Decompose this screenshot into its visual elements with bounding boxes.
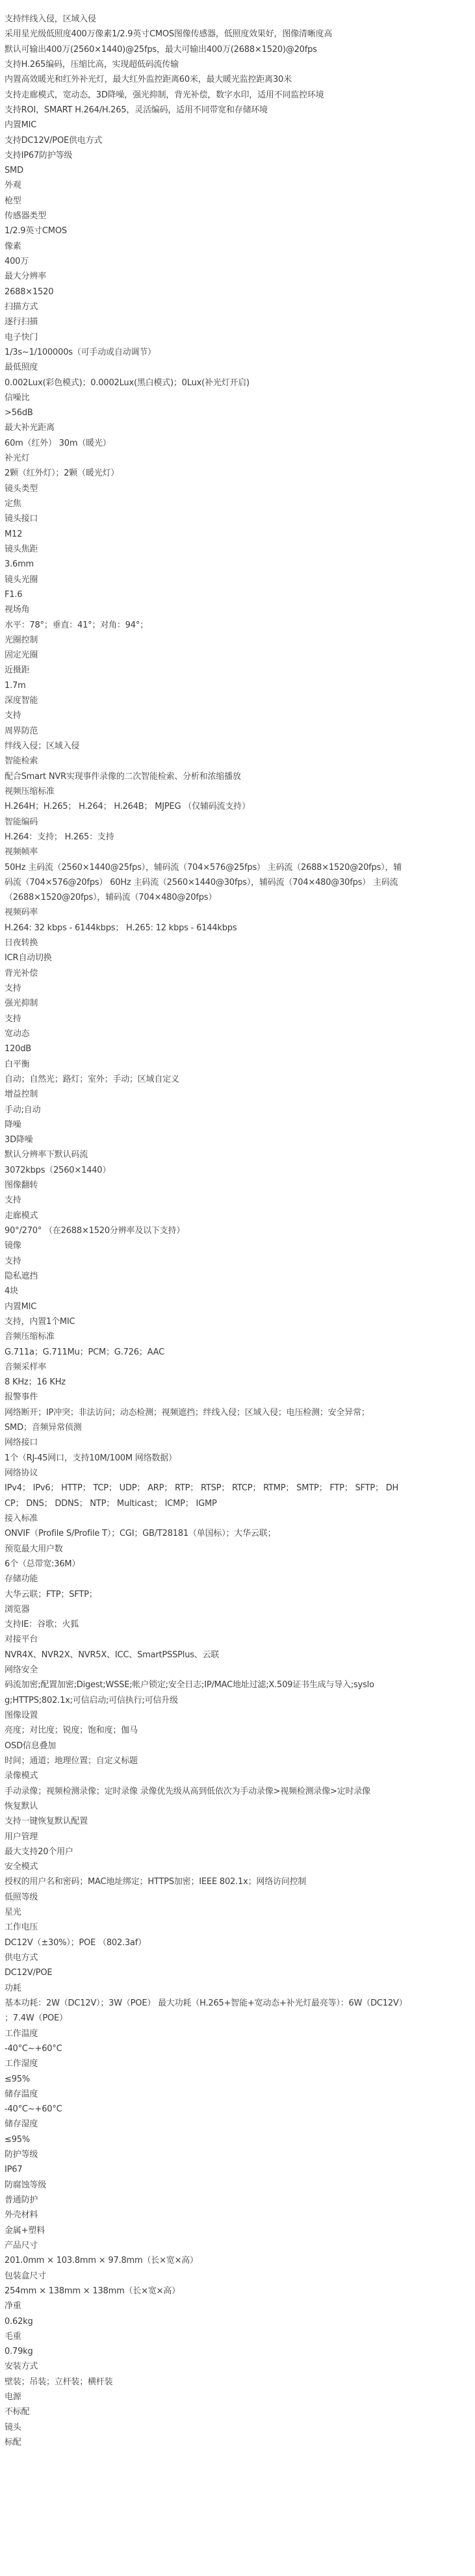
- spec-line: 手动录像；视频检测录像；定时录像 录像优先级从高到低依次为手动录像>视频检测录像…: [5, 1784, 470, 1799]
- spec-line: M12: [5, 527, 470, 542]
- spec-line: 定焦: [5, 496, 470, 511]
- spec-line: 外观: [5, 178, 470, 193]
- spec-line: 包装盒尺寸: [5, 2269, 470, 2284]
- spec-line: ONVIF（Profile S/Profile T）；CGI；GB/T28181…: [5, 1526, 470, 1541]
- spec-line: 逐行扫描: [5, 314, 470, 329]
- spec-line: 预览最大用户数: [5, 1542, 470, 1557]
- spec-line: 电源: [5, 2390, 470, 2404]
- spec-line: 自动；自然光；路灯；室外；手动；区域自定义: [5, 1072, 470, 1087]
- spec-line: 日夜转换: [5, 936, 470, 950]
- spec-line: 用户管理: [5, 1830, 470, 1844]
- spec-line: 枪型: [5, 194, 470, 209]
- spec-line: 亮度；对比度；锐度；饱和度；伽马: [5, 1723, 470, 1738]
- spec-line: 码流（704×576@20fps） 60Hz 主码流（2560×1440@30f…: [5, 875, 470, 890]
- spec-line: 智能编码: [5, 815, 470, 830]
- spec-line: 最低照度: [5, 360, 470, 375]
- spec-line: 传感器类型: [5, 209, 470, 223]
- spec-line: 支持绊线入侵，区域入侵: [5, 12, 470, 27]
- spec-line: 报警事件: [5, 1390, 470, 1405]
- spec-line: 镜头接口: [5, 511, 470, 526]
- spec-line: 网络断开；IP冲突；非法访问；动态检测；视频遮挡；绊线入侵；区域入侵；电压检测；…: [5, 1405, 470, 1420]
- spec-line: 电子快门: [5, 330, 470, 345]
- spec-line: 绊线入侵；区域入侵: [5, 739, 470, 754]
- spec-line: CP； DNS； DDNS； NTP； Multicast； ICMP； IGM…: [5, 1496, 470, 1511]
- spec-line: 产品尺寸: [5, 2238, 470, 2253]
- spec-line: 1.7m: [5, 678, 470, 693]
- spec-line: 镜头光圈: [5, 572, 470, 587]
- spec-line: （2688×1520@20fps），辅码流（704×480@20fps）: [5, 890, 470, 905]
- spec-line: 补光灯: [5, 451, 470, 466]
- spec-line: -40°C~+60°C: [5, 2102, 470, 2117]
- spec-line: 接入标准: [5, 1511, 470, 1526]
- spec-line: 功耗: [5, 1981, 470, 1996]
- spec-line: 白平衡: [5, 1057, 470, 1072]
- spec-line: 8 KHz；16 KHz: [5, 1375, 470, 1390]
- spec-line: 安装方式: [5, 2359, 470, 2374]
- spec-line: -40°C~+60°C: [5, 2041, 470, 2056]
- spec-line: 近摄距: [5, 663, 470, 678]
- spec-line: 最大支持20个用户: [5, 1844, 470, 1859]
- spec-line: SMD；音频异常侦测: [5, 1420, 470, 1435]
- spec-line: DC12V（±30%）；POE （802.3af）: [5, 1935, 470, 1950]
- spec-line: 支持H.265编码，压缩比高，实现超低码流传输: [5, 57, 470, 72]
- spec-line: 120dB: [5, 1041, 470, 1056]
- spec-line: 信噪比: [5, 390, 470, 405]
- spec-line: 镜头焦距: [5, 542, 470, 557]
- spec-line: H.264: 32 kbps - 6144kbps； H.265: 12 kbp…: [5, 921, 470, 936]
- spec-line: 走廊模式: [5, 1208, 470, 1223]
- spec-line: 3072kbps（2560×1440）: [5, 1163, 470, 1178]
- spec-line: 增益控制: [5, 1087, 470, 1102]
- spec-document: 支持绊线入侵，区域入侵采用星光级低照度400万像素1/2.9英寸CMOS图像传感…: [0, 0, 475, 2450]
- spec-line: IPv4； IPv6； HTTP； TCP； UDP； ARP； RTP； RT…: [5, 1481, 470, 1496]
- spec-line: 浏览器: [5, 1602, 470, 1617]
- spec-line: 基本功耗：2W（DC12V）；3W（POE） 最大功耗（H.265+智能+宽动态…: [5, 1996, 470, 2011]
- spec-line: 安全模式: [5, 1859, 470, 1874]
- spec-line: 毛重: [5, 2329, 470, 2344]
- spec-line: 低照等级: [5, 1890, 470, 1905]
- spec-line: 201.0mm × 103.8mm × 97.8mm（长×宽×高）: [5, 2253, 470, 2268]
- spec-line: 支持: [5, 1012, 470, 1027]
- spec-line: 50Hz 主码流（2560×1440@25fps），辅码流（704×576@25…: [5, 860, 470, 875]
- spec-line: 对接平台: [5, 1632, 470, 1647]
- spec-line: 3D降噪: [5, 1132, 470, 1147]
- spec-line: 镜像: [5, 1238, 470, 1253]
- spec-line: 6个（总带宽:36M）: [5, 1557, 470, 1572]
- spec-line: >56dB: [5, 405, 470, 420]
- spec-line: 0.62kg: [5, 2314, 470, 2329]
- spec-line: 周界防范: [5, 724, 470, 739]
- spec-line: 水平：78°；垂直：41°；对角：94°；: [5, 618, 470, 633]
- spec-line: 采用星光级低照度400万像素1/2.9英寸CMOS图像传感器，低照度效果好，图像…: [5, 27, 470, 42]
- spec-line: 视频压缩标准: [5, 784, 470, 799]
- spec-line: G.711a；G.711Mu；PCM；G.726；AAC: [5, 1345, 470, 1360]
- spec-line: 1/2.9英寸CMOS: [5, 223, 470, 238]
- spec-line: 供电方式: [5, 1950, 470, 1965]
- spec-line: 时间；通道；地理位置；自定义标题: [5, 1753, 470, 1768]
- spec-line: 图像翻转: [5, 1178, 470, 1193]
- spec-line: NVR4X、NVR2X、NVR5X、ICC、SmartPSSPlus、云联: [5, 1648, 470, 1663]
- spec-line: 网络接口: [5, 1435, 470, 1450]
- spec-line: 星光: [5, 1905, 470, 1920]
- spec-line: 音频采样率: [5, 1360, 470, 1375]
- spec-line: 90°/270° （在2688×1520分辨率及以下支持）: [5, 1223, 470, 1238]
- spec-line: 支持: [5, 981, 470, 996]
- spec-line: 强光抑制: [5, 996, 470, 1011]
- spec-line: 支持，内置1个MIC: [5, 1314, 470, 1329]
- spec-line: 存储功能: [5, 1572, 470, 1587]
- spec-line: F1.6: [5, 587, 470, 602]
- spec-line: ICR自动切换: [5, 950, 470, 965]
- spec-line: 深度智能: [5, 693, 470, 708]
- spec-line: 支持IP67防护等级: [5, 148, 470, 163]
- spec-line: 镜头: [5, 2420, 470, 2435]
- spec-line: 镜头类型: [5, 481, 470, 496]
- spec-line: g;HTTPS;802.1x;可信启动;可信执行;可信升级: [5, 1693, 470, 1708]
- spec-line: 降噪: [5, 1117, 470, 1132]
- spec-line: 视频帧率: [5, 845, 470, 860]
- spec-line: ≤95%: [5, 2072, 470, 2087]
- spec-line: 1/3s~1/100000s（可手动或自动调节）: [5, 345, 470, 360]
- spec-line: 光圈控制: [5, 633, 470, 648]
- spec-line: IP67: [5, 2162, 470, 2177]
- spec-line: 支持一键恢复默认配置: [5, 1814, 470, 1829]
- spec-line: 配合Smart NVR实现事件录像的二次智能检索、分析和浓缩播放: [5, 769, 470, 784]
- spec-line: 像素: [5, 239, 470, 254]
- spec-line: 工作温度: [5, 2026, 470, 2041]
- spec-line: H.264H；H.265； H.264； H.264B； MJPEG （仅辅码流…: [5, 799, 470, 814]
- spec-line: 图像设置: [5, 1708, 470, 1723]
- spec-line: 智能检索: [5, 754, 470, 769]
- spec-line: 1个（RJ-45网口，支持10M/100M 网络数据）: [5, 1451, 470, 1466]
- spec-line: 大华云联；FTP；SFTP；: [5, 1587, 470, 1602]
- spec-line: OSD信息叠加: [5, 1739, 470, 1753]
- spec-line: 视频码率: [5, 905, 470, 920]
- spec-line: 默认分辨率下默认码流: [5, 1147, 470, 1162]
- spec-line: 3.6mm: [5, 557, 470, 572]
- spec-line: ≤95%: [5, 2132, 470, 2147]
- spec-line: 金属+塑料: [5, 2223, 470, 2238]
- spec-line: 录像模式: [5, 1768, 470, 1783]
- spec-line: 手动;自动: [5, 1103, 470, 1117]
- spec-line: 视场角: [5, 602, 470, 617]
- spec-line: 2颗（红外灯）；2颗（暖光灯）: [5, 466, 470, 481]
- spec-line: 音频压缩标准: [5, 1329, 470, 1344]
- spec-line: 授权的用户名和密码；MAC地址绑定；HTTPS加密；IEEE 802.1x；网络…: [5, 1874, 470, 1889]
- spec-line: 净重: [5, 2299, 470, 2314]
- spec-line: 2688×1520: [5, 285, 470, 300]
- spec-line: 0.002Lux(彩色模式)；0.0002Lux(黑白模式)；0Lux(补光灯开…: [5, 376, 470, 390]
- spec-line: 内置MIC: [5, 1299, 470, 1314]
- spec-line: 防护等级: [5, 2147, 470, 2162]
- spec-line: 扫描方式: [5, 300, 470, 314]
- spec-line: 最大补光距离: [5, 420, 470, 435]
- spec-line: 4块: [5, 1284, 470, 1299]
- spec-line: 不标配: [5, 2404, 470, 2419]
- spec-line: 网络协议: [5, 1466, 470, 1481]
- spec-line: ；7.4W（POE）: [5, 2011, 470, 2026]
- spec-line: 内置MIC: [5, 118, 470, 133]
- spec-line: H.264：支持； H.265：支持: [5, 830, 470, 845]
- spec-line: 254mm × 138mm × 138mm（长×宽×高）: [5, 2284, 470, 2299]
- spec-line: 60m（红外） 30m（暖光）: [5, 436, 470, 451]
- spec-line: 标配: [5, 2435, 470, 2450]
- spec-line: 0.79kg: [5, 2344, 470, 2359]
- spec-line: 内置高效暖光和红外补光灯，最大红外监控距离60米，最大暖光监控距离30米: [5, 72, 470, 87]
- spec-line: 最大分辨率: [5, 269, 470, 284]
- spec-line: 固定光圈: [5, 648, 470, 663]
- spec-line: 支持: [5, 708, 470, 723]
- spec-line: 支持IE：谷歌；火狐: [5, 1617, 470, 1632]
- spec-line: 储存湿度: [5, 2117, 470, 2132]
- spec-line: 默认可输出400万(2560×1440)@25fps，最大可输出400万(268…: [5, 42, 470, 57]
- spec-line: DC12V/POE: [5, 1965, 470, 1980]
- spec-line: 网络安全: [5, 1663, 470, 1677]
- spec-line: SMD: [5, 163, 470, 178]
- spec-line: 储存温度: [5, 2087, 470, 2102]
- spec-line: 宽动态: [5, 1027, 470, 1041]
- spec-line: 支持DC12V/POE供电方式: [5, 133, 470, 148]
- spec-line: 外壳材料: [5, 2208, 470, 2223]
- spec-line: 支持: [5, 1193, 470, 1208]
- spec-line: 工作湿度: [5, 2056, 470, 2071]
- spec-line: 码流加密;配置加密;Digest;WSSE;帐户锁定;安全日志;IP/MAC地址…: [5, 1677, 470, 1692]
- spec-line: 防腐蚀等级: [5, 2178, 470, 2193]
- spec-line: 恢复默认: [5, 1799, 470, 1814]
- spec-line: 工作电压: [5, 1920, 470, 1935]
- spec-line: 支持: [5, 1254, 470, 1269]
- spec-line: 支持走廊模式，宽动态，3D降噪，强光抑制，背光补偿，数字水印，适用不同监控环境: [5, 88, 470, 103]
- spec-line: 背光补偿: [5, 966, 470, 981]
- spec-line: 隐私遮挡: [5, 1269, 470, 1284]
- spec-line: 支持ROI，SMART H.264/H.265，灵活编码，适用不同带宽和存储环境: [5, 103, 470, 118]
- spec-line: 普通防护: [5, 2193, 470, 2208]
- spec-line: 壁装；吊装；立杆装；横杆装: [5, 2375, 470, 2390]
- spec-line: 400万: [5, 254, 470, 269]
